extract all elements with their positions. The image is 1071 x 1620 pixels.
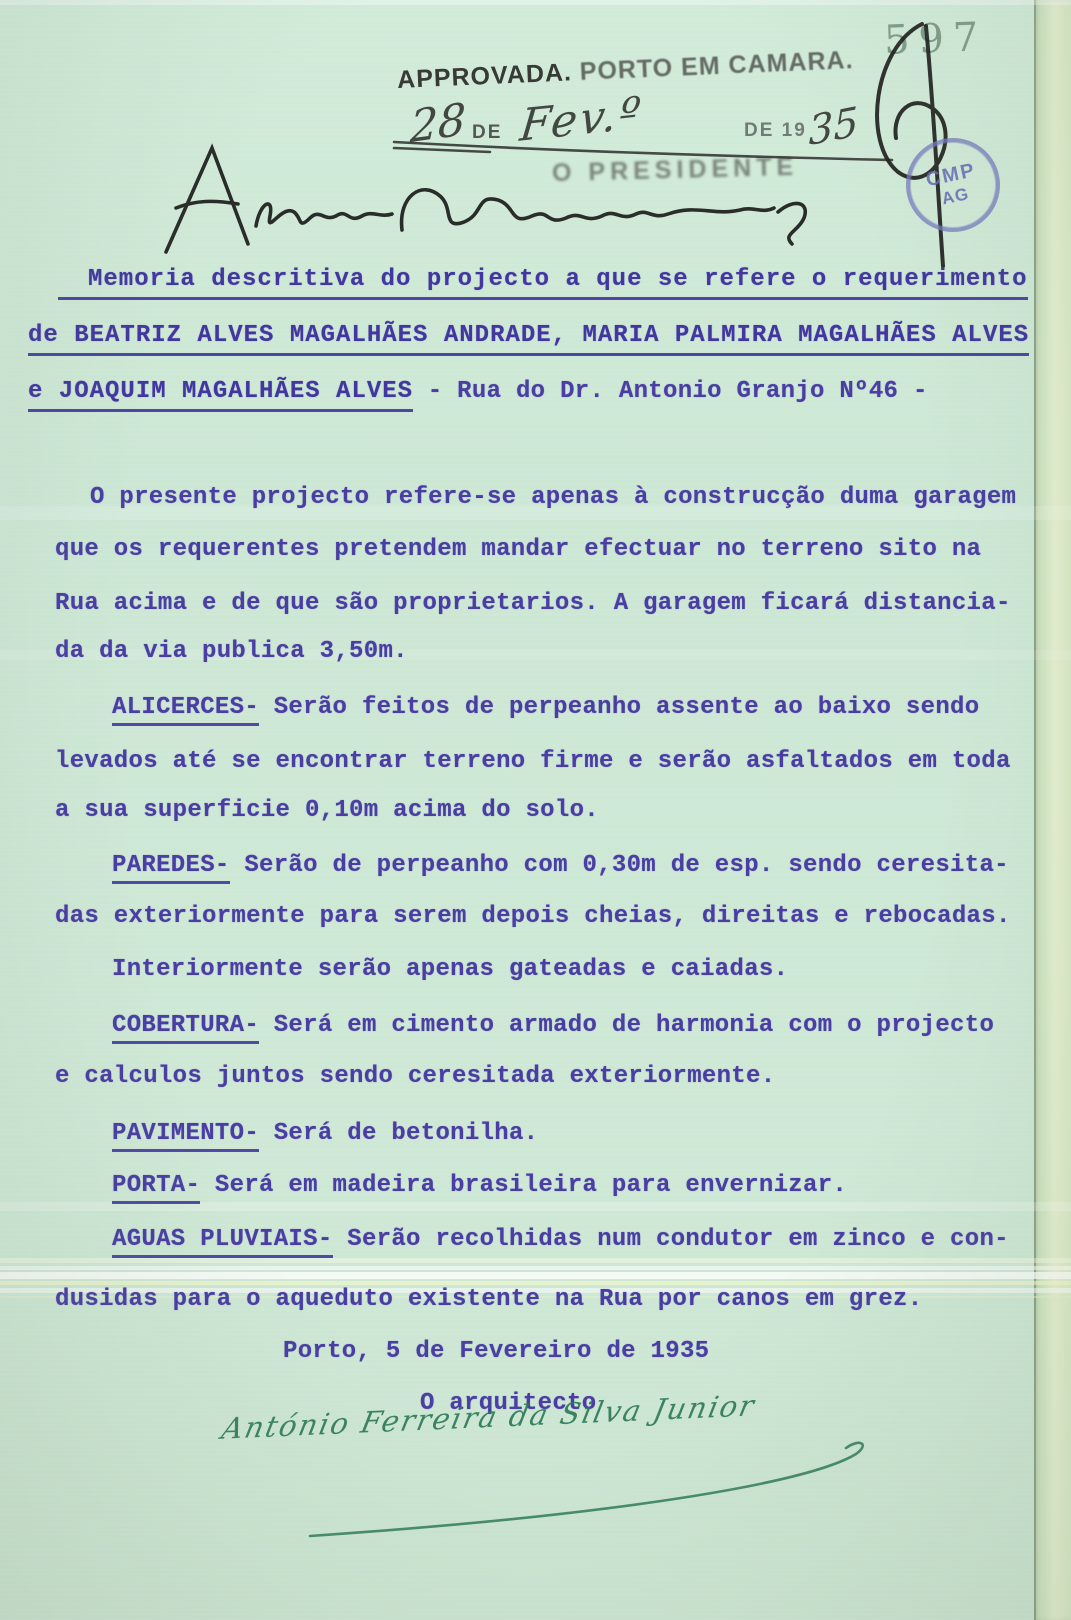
section-heading: COBERTURA- <box>112 1012 259 1044</box>
body-line: a sua superficie 0,10m acima do solo. <box>55 797 599 824</box>
round-stamp-text: AG <box>940 184 971 209</box>
body-text: Rua acima e de que são proprietarios. A … <box>55 590 1011 617</box>
body-text: Interiormente serão apenas gateadas e ca… <box>112 956 788 983</box>
title-line-3: e JOAQUIM MAGALHÃES ALVES - Rua do Dr. A… <box>28 378 928 405</box>
approval-stamp: APPROVADA. PORTO EM CAMARA. <box>397 46 855 95</box>
body-text: e calculos juntos sendo ceresitada exter… <box>55 1063 775 1090</box>
title-line-3-rest: - Rua do Dr. Antonio Granjo Nº46 - <box>413 378 928 405</box>
body-text: Será em cimento armado de harmonia com o… <box>259 1012 994 1039</box>
title-line-1: Memoria descritiva do projecto a que se … <box>58 266 1028 300</box>
scan-artifact <box>0 1272 1071 1279</box>
scan-artifact <box>0 1266 1071 1270</box>
page-number-stamp: 597 <box>883 14 988 64</box>
body-line: que os requerentes pretendem mandar efec… <box>55 536 981 563</box>
handwritten-month: Fev.º <box>518 87 646 152</box>
architect-signature-flourish <box>250 1438 890 1548</box>
body-line: PAVIMENTO- Será de betonilha. <box>112 1120 538 1147</box>
de-stamp: DE <box>472 122 502 144</box>
de19-stamp: DE 19 <box>744 120 807 142</box>
body-line: dusidas para o aqueduto existente na Rua… <box>55 1286 922 1313</box>
section-heading: AGUAS PLUVIAIS- <box>112 1226 333 1258</box>
section-heading: ALICERCES- <box>112 694 259 726</box>
approval-stamp-text-worn: PORTO EM CAMARA. <box>571 46 854 86</box>
section-heading: PAREDES- <box>112 852 230 884</box>
body-line: das exteriormente para serem depois chei… <box>55 903 1011 930</box>
cmp-ag-round-stamp: CMP AG <box>897 129 1008 240</box>
body-text: Serão recolhidas num condutor em zinco e… <box>333 1226 1009 1253</box>
body-text: que os requerentes pretendem mandar efec… <box>55 536 981 563</box>
body-line: O presente projecto refere-se apenas à c… <box>90 484 1016 511</box>
president-stamp: O PRESIDENTE <box>552 153 799 188</box>
body-text: Será de betonilha. <box>259 1120 538 1147</box>
scan-top-edge <box>0 0 1071 5</box>
title-line-2: de BEATRIZ ALVES MAGALHÃES ANDRADE, MARI… <box>28 322 1029 356</box>
body-text: da da via publica 3,50m. <box>55 638 408 665</box>
body-line: PAREDES- Serão de perpeanho com 0,30m de… <box>112 852 1009 879</box>
body-text: das exteriormente para serem depois chei… <box>55 903 1011 930</box>
body-text: dusidas para o aqueduto existente na Rua… <box>55 1286 922 1313</box>
body-text: Será em madeira brasileira para enverniz… <box>200 1172 847 1199</box>
body-line: PORTA- Será em madeira brasileira para e… <box>112 1172 847 1199</box>
body-line: levados até se encontrar terreno firme e… <box>55 748 1011 775</box>
paper-right-edge <box>1034 0 1071 1620</box>
handwritten-day: 28 <box>409 94 466 154</box>
scan-artifact <box>0 1258 1071 1263</box>
scan-artifact <box>0 1281 1071 1285</box>
dateline: Porto, 5 de Fevereiro de 1935 <box>283 1338 709 1365</box>
body-text: Serão de perpeanho com 0,30m de esp. sen… <box>230 852 1009 879</box>
body-line: Rua acima e de que são proprietarios. A … <box>55 590 1011 617</box>
body-line: e calculos juntos sendo ceresitada exter… <box>55 1063 775 1090</box>
handwritten-year: 35 <box>808 99 859 155</box>
section-heading: PAVIMENTO- <box>112 1120 259 1152</box>
body-line: da da via publica 3,50m. <box>55 638 408 665</box>
body-line: ALICERCES- Serão feitos de perpeanho ass… <box>112 694 979 721</box>
body-text: O presente projecto refere-se apenas à c… <box>90 484 1016 511</box>
body-line: Interiormente serão apenas gateadas e ca… <box>112 956 788 983</box>
body-text: Serão feitos de perpeanho assente ao bai… <box>259 694 979 721</box>
section-heading: PORTA- <box>112 1172 200 1204</box>
body-line: AGUAS PLUVIAIS- Serão recolhidas num con… <box>112 1226 1009 1253</box>
title-line-3-underlined: e JOAQUIM MAGALHÃES ALVES <box>28 378 413 412</box>
body-line: COBERTURA- Será em cimento armado de har… <box>112 1012 994 1039</box>
body-text: levados até se encontrar terreno firme e… <box>55 748 1011 775</box>
approval-stamp-text: APPROVADA. <box>397 58 573 94</box>
body-text: a sua superficie 0,10m acima do solo. <box>55 797 599 824</box>
document-page: 597 CMP AG APPROVADA. PORTO EM CAMARA. 2… <box>0 0 1071 1620</box>
